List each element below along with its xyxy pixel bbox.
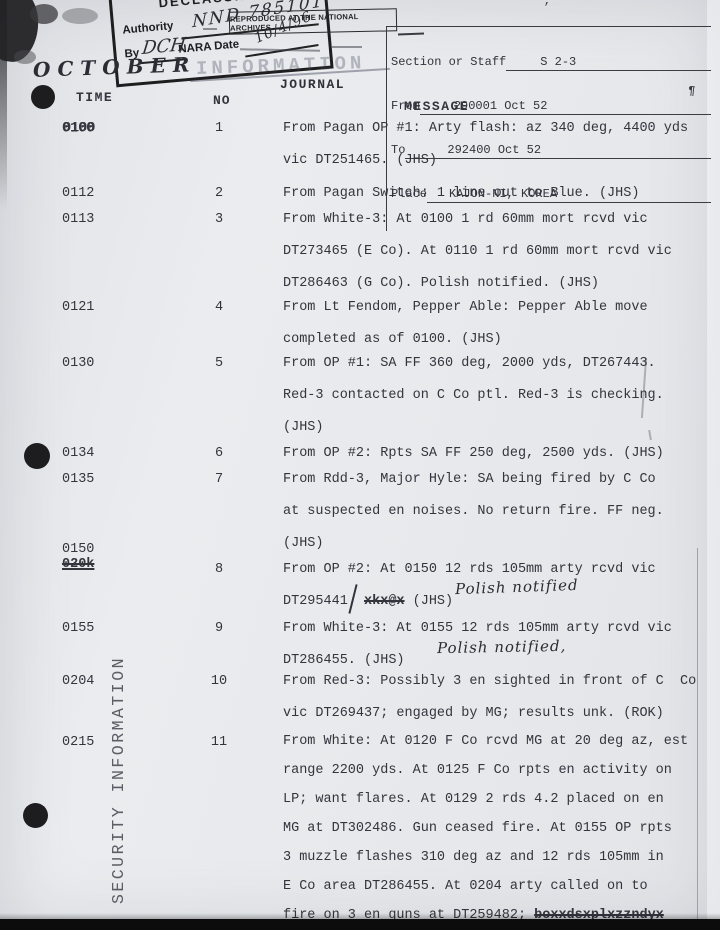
entry-message: From OP #2: At 0150 12 rds 105mm arty rc… [283, 534, 713, 618]
entry-time: 0150020k [62, 534, 94, 572]
message-line: From Red-3: Possibly 3 en sighted in fro… [283, 666, 713, 698]
entry-number: 4 [206, 292, 232, 324]
entry-time: 0100 [62, 113, 94, 145]
ink-mark: ’ [543, 1, 550, 15]
struck-time: 020k [62, 557, 94, 572]
message-line: at suspected en noises. No return fire. … [283, 496, 713, 528]
message-line: DT273465 (E Co). At 0110 1 rd 60mm mort … [283, 236, 713, 268]
message-line: From White: At 0120 F Co rcvd MG at 20 d… [283, 727, 713, 756]
message-line: vic DT251465. (JHS) [283, 145, 713, 177]
entry-time: 0113 [62, 204, 94, 236]
message-line: E Co area DT286455. At 0204 arty called … [283, 872, 713, 901]
security-information-vertical-stamp: SECURITY INFORMATION [109, 655, 129, 905]
entry-message: From White: At 0120 F Co rcvd MG at 20 d… [283, 727, 713, 930]
journal-entries: 01001From Pagan OP #1: Arty flash: az 34… [0, 0, 720, 930]
entry-message: From White-3: At 0100 1 rd 60mm mort rcv… [283, 204, 713, 300]
entry-time: 0204 [62, 666, 94, 698]
entry-number: 10 [206, 666, 232, 698]
struck-text: xkx@x [364, 594, 405, 609]
message-line: From OP #1: SA FF 360 deg, 2000 yds, DT2… [283, 348, 713, 380]
message-line: vic DT269437; engaged by MG; results unk… [283, 698, 713, 730]
polish-notified-annotation: Polish notified, [437, 637, 567, 657]
message-line: range 2200 yds. At 0125 F Co rpts en act… [283, 756, 713, 785]
entry-number: 1 [206, 113, 232, 145]
entry-time: 0121 [62, 292, 94, 324]
entry-number: 7 [206, 464, 232, 496]
entry-number: 8 [206, 534, 232, 586]
message-line: From White-3: At 0100 1 rd 60mm mort rcv… [283, 204, 713, 236]
message-line: From Rdd-3, Major Hyle: SA being fired b… [283, 464, 713, 496]
message-line: MG at DT302486. Gun ceased fire. At 0155… [283, 814, 713, 843]
entry-message: From OP #1: SA FF 360 deg, 2000 yds, DT2… [283, 348, 713, 444]
entry-number: 5 [206, 348, 232, 380]
scanned-journal-page: DECLASSIFIED Authority NND 785101 By DCH… [0, 0, 720, 930]
ink-mark: ¶ [687, 84, 696, 99]
message-line: LP; want flares. At 0129 2 rds 4.2 place… [283, 785, 713, 814]
entry-time: 0135 [62, 464, 94, 496]
message-line: 3 muzzle flashes 310 deg az and 12 rds 1… [283, 843, 713, 872]
message-line: From Lt Fendom, Pepper Able: Pepper Able… [283, 292, 713, 324]
entry-number: 9 [206, 613, 232, 645]
entry-message: From Lt Fendom, Pepper Able: Pepper Able… [283, 292, 713, 356]
entry-message: From Pagan OP #1: Arty flash: az 340 deg… [283, 113, 713, 177]
entry-number: 3 [206, 204, 232, 236]
message-line: From Pagan OP #1: Arty flash: az 340 deg… [283, 113, 713, 145]
scan-edge-bar [0, 919, 720, 930]
entry-message: From Red-3: Possibly 3 en sighted in fro… [283, 666, 713, 730]
entry-time: 0130 [62, 348, 94, 380]
entry-time: 0215 [62, 727, 94, 759]
message-line: Red-3 contacted on C Co ptl. Red-3 is ch… [283, 380, 713, 412]
entry-number: 11 [206, 727, 232, 759]
entry-time: 0155 [62, 613, 94, 645]
